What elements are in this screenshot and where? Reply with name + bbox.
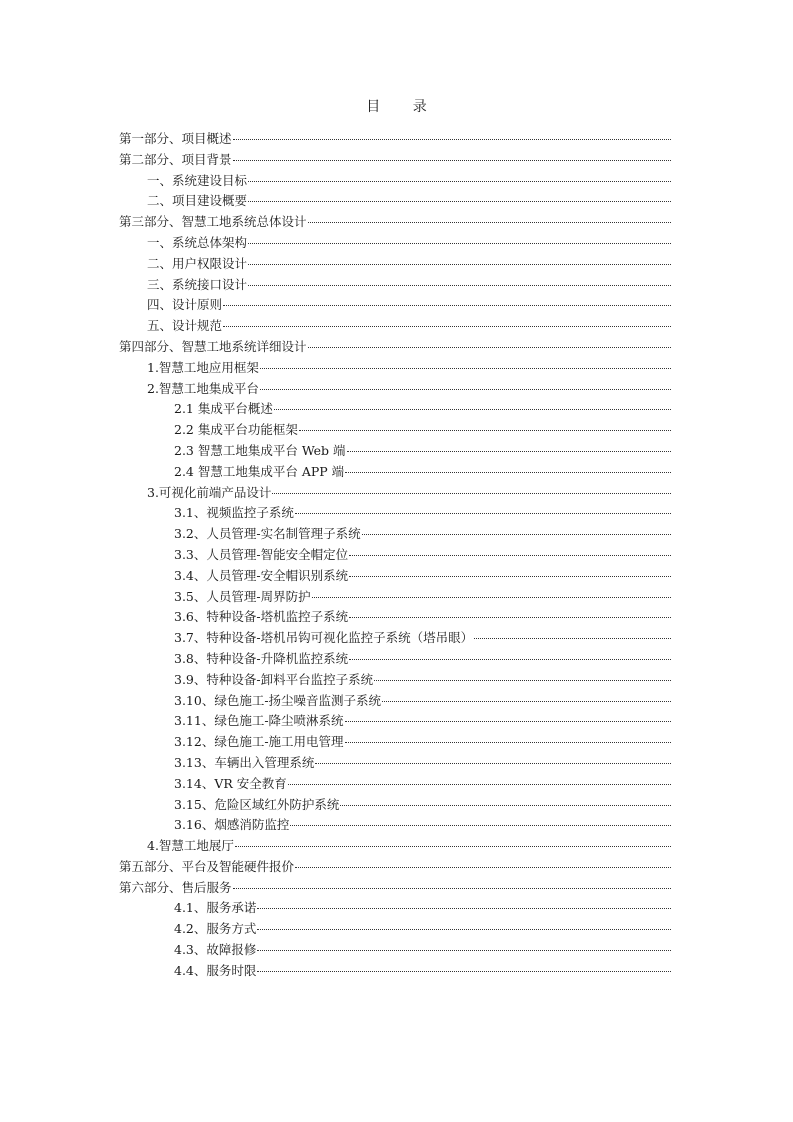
toc-entry-label: 4.4、服务时限	[174, 961, 256, 982]
toc-entry[interactable]: 2.3 智慧工地集成平台 Web 端	[119, 441, 671, 462]
dot-leader	[345, 471, 671, 473]
toc-entry[interactable]: 3.5、人员管理-周界防护	[119, 587, 671, 608]
dot-leader	[295, 866, 671, 868]
dot-leader	[260, 388, 671, 390]
toc-entry-label: 2.智慧工地集成平台	[147, 379, 259, 400]
toc-entry[interactable]: 3.4、人员管理-安全帽识别系统	[119, 566, 671, 587]
toc-entry[interactable]: 4.2、服务方式	[119, 919, 671, 940]
toc-entry[interactable]: 3.3、人员管理-智能安全帽定位	[119, 545, 671, 566]
dot-leader	[235, 845, 671, 847]
toc-entry-label: 一、系统建设目标	[147, 171, 247, 192]
toc-entry[interactable]: 五、设计规范	[119, 316, 671, 337]
dot-leader	[248, 263, 671, 265]
dot-leader	[257, 970, 671, 972]
toc-entry[interactable]: 3.10、绿色施工-扬尘噪音监测子系统	[119, 691, 671, 712]
dot-leader	[308, 221, 671, 223]
toc-entry[interactable]: 第一部分、项目概述	[119, 129, 671, 150]
toc-entry[interactable]: 3.2、人员管理-实名制管理子系统	[119, 524, 671, 545]
toc-entry-label: 四、设计原则	[147, 295, 222, 316]
toc-entry[interactable]: 3.可视化前端产品设计	[119, 483, 671, 504]
toc-entry-label: 4.3、故障报修	[174, 940, 256, 961]
toc-entry[interactable]: 二、项目建设概要	[119, 191, 671, 212]
toc-entry[interactable]: 3.11、绿色施工-降尘喷淋系统	[119, 711, 671, 732]
dot-leader	[345, 741, 671, 743]
toc-entry[interactable]: 第六部分、售后服务	[119, 878, 671, 899]
toc-entry-label: 五、设计规范	[147, 316, 222, 337]
toc-entry[interactable]: 4.1、服务承诺	[119, 898, 671, 919]
toc-entry[interactable]: 一、系统总体架构	[119, 233, 671, 254]
dot-leader	[257, 928, 671, 930]
toc-entry[interactable]: 3.13、车辆出入管理系统	[119, 753, 671, 774]
toc-entry-label: 3.14、VR 安全教育	[174, 774, 287, 795]
dot-leader	[299, 429, 671, 431]
toc-entry[interactable]: 第二部分、项目背景	[119, 150, 671, 171]
toc-entry[interactable]: 3.15、危险区域红外防护系统	[119, 795, 671, 816]
toc-entry-label: 三、系统接口设计	[147, 275, 247, 296]
dot-leader	[248, 284, 671, 286]
toc-entry-label: 第六部分、售后服务	[119, 878, 232, 899]
dot-leader	[248, 200, 671, 202]
toc-entry-label: 第五部分、平台及智能硬件报价	[119, 857, 294, 878]
toc-entry-label: 4.1、服务承诺	[174, 898, 256, 919]
toc-entry-label: 第二部分、项目背景	[119, 150, 232, 171]
toc-entry[interactable]: 3.7、特种设备-塔机吊钩可视化监控子系统（塔吊眼）	[119, 628, 671, 649]
dot-leader	[349, 575, 671, 577]
toc-entry-label: 3.4、人员管理-安全帽识别系统	[174, 566, 348, 587]
toc-entry-label: 3.15、危险区域红外防护系统	[174, 795, 339, 816]
toc-entry-label: 二、项目建设概要	[147, 191, 247, 212]
toc-entry[interactable]: 3.14、VR 安全教育	[119, 774, 671, 795]
toc-entry-label: 3.12、绿色施工-施工用电管理	[174, 732, 344, 753]
dot-leader	[274, 408, 671, 410]
toc-entry[interactable]: 3.12、绿色施工-施工用电管理	[119, 732, 671, 753]
toc-entry-label: 4.2、服务方式	[174, 919, 256, 940]
toc-entry-label: 3.8、特种设备-升降机监控系统	[174, 649, 348, 670]
toc-entry[interactable]: 2.2 集成平台功能框架	[119, 420, 671, 441]
toc-entry-label: 3.可视化前端产品设计	[147, 483, 271, 504]
toc-entry-label: 3.5、人员管理-周界防护	[174, 587, 311, 608]
toc-entry-label: 2.2 集成平台功能框架	[174, 420, 298, 441]
table-of-contents: 第一部分、项目概述 第二部分、项目背景 一、系统建设目标 二、项目建设概要 第三…	[119, 129, 671, 982]
toc-entry[interactable]: 第四部分、智慧工地系统详细设计	[119, 337, 671, 358]
toc-entry[interactable]: 3.9、特种设备-卸料平台监控子系统	[119, 670, 671, 691]
toc-entry[interactable]: 4.4、服务时限	[119, 961, 671, 982]
dot-leader	[349, 616, 671, 618]
toc-entry[interactable]: 第三部分、智慧工地系统总体设计	[119, 212, 671, 233]
toc-entry[interactable]: 2.4 智慧工地集成平台 APP 端	[119, 462, 671, 483]
toc-entry[interactable]: 3.1、视频监控子系统	[119, 503, 671, 524]
toc-entry[interactable]: 四、设计原则	[119, 295, 671, 316]
toc-entry-label: 3.7、特种设备-塔机吊钩可视化监控子系统（塔吊眼）	[174, 628, 473, 649]
toc-entry[interactable]: 4.智慧工地展厅	[119, 836, 671, 857]
dot-leader	[233, 159, 671, 161]
toc-entry-label: 第一部分、项目概述	[119, 129, 232, 150]
toc-entry[interactable]: 3.6、特种设备-塔机监控子系统	[119, 607, 671, 628]
dot-leader	[223, 304, 671, 306]
toc-entry[interactable]: 二、用户权限设计	[119, 254, 671, 275]
toc-entry-label: 3.9、特种设备-卸料平台监控子系统	[174, 670, 373, 691]
toc-entry[interactable]: 3.16、烟感消防监控	[119, 815, 671, 836]
dot-leader	[349, 554, 671, 556]
toc-entry-label: 1.智慧工地应用框架	[147, 358, 259, 379]
dot-leader	[223, 325, 671, 327]
dot-leader	[257, 949, 671, 951]
toc-entry-label: 3.11、绿色施工-降尘喷淋系统	[174, 711, 344, 732]
toc-entry-label: 3.2、人员管理-实名制管理子系统	[174, 524, 361, 545]
toc-entry-label: 3.10、绿色施工-扬尘噪音监测子系统	[174, 691, 381, 712]
dot-leader	[374, 679, 671, 681]
toc-entry[interactable]: 2.1 集成平台概述	[119, 399, 671, 420]
toc-entry-label: 3.1、视频监控子系统	[174, 503, 294, 524]
toc-entry-label: 二、用户权限设计	[147, 254, 247, 275]
dot-leader	[474, 637, 671, 639]
toc-entry-label: 2.3 智慧工地集成平台 Web 端	[174, 441, 346, 462]
toc-entry-label: 3.16、烟感消防监控	[174, 815, 289, 836]
dot-leader	[362, 533, 671, 535]
dot-leader	[233, 138, 671, 140]
dot-leader	[272, 492, 671, 494]
toc-entry-label: 3.3、人员管理-智能安全帽定位	[174, 545, 348, 566]
dot-leader	[340, 804, 671, 806]
toc-entry[interactable]: 三、系统接口设计	[119, 275, 671, 296]
toc-entry-label: 2.1 集成平台概述	[174, 399, 273, 420]
dot-leader	[248, 180, 671, 182]
toc-title: 目 录	[0, 96, 793, 116]
dot-leader	[315, 762, 671, 764]
toc-entry-label: 3.13、车辆出入管理系统	[174, 753, 314, 774]
dot-leader	[312, 596, 671, 598]
toc-entry[interactable]: 1.智慧工地应用框架	[119, 358, 671, 379]
toc-entry[interactable]: 一、系统建设目标	[119, 171, 671, 192]
dot-leader	[347, 450, 671, 452]
dot-leader	[257, 907, 671, 909]
toc-entry-label: 一、系统总体架构	[147, 233, 247, 254]
toc-entry[interactable]: 4.3、故障报修	[119, 940, 671, 961]
dot-leader	[233, 887, 671, 889]
dot-leader	[295, 512, 671, 514]
toc-entry-label: 4.智慧工地展厅	[147, 836, 234, 857]
dot-leader	[382, 700, 671, 702]
dot-leader	[260, 367, 671, 369]
toc-entry[interactable]: 2.智慧工地集成平台	[119, 379, 671, 400]
dot-leader	[288, 783, 671, 785]
toc-entry-label: 2.4 智慧工地集成平台 APP 端	[174, 462, 344, 483]
dot-leader	[349, 658, 671, 660]
dot-leader	[290, 824, 671, 826]
toc-entry-label: 第三部分、智慧工地系统总体设计	[119, 212, 307, 233]
toc-entry[interactable]: 第五部分、平台及智能硬件报价	[119, 857, 671, 878]
toc-entry[interactable]: 3.8、特种设备-升降机监控系统	[119, 649, 671, 670]
dot-leader	[345, 720, 671, 722]
toc-entry-label: 第四部分、智慧工地系统详细设计	[119, 337, 307, 358]
dot-leader	[308, 346, 671, 348]
dot-leader	[248, 242, 671, 244]
toc-entry-label: 3.6、特种设备-塔机监控子系统	[174, 607, 348, 628]
